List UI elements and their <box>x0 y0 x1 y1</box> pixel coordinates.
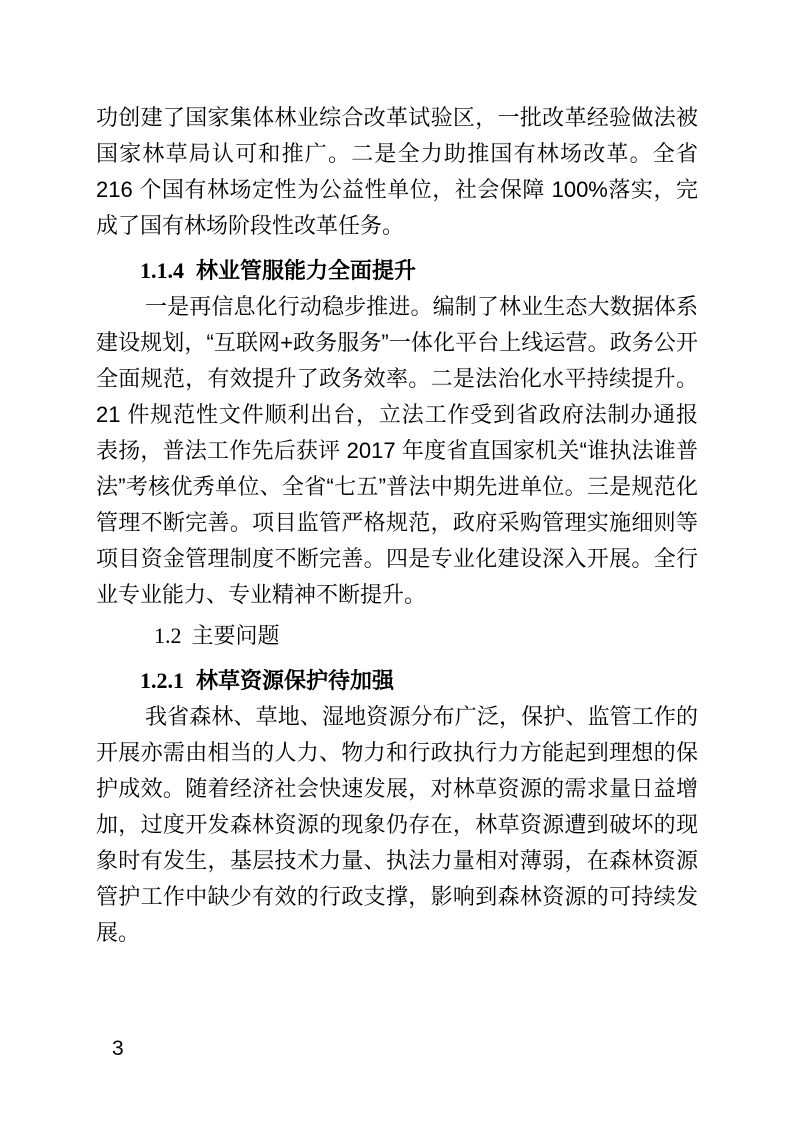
document-body: 功创建了国家集体林业综合改革试验区，一批改革经验做法被国家林草局认可和推广。二是… <box>96 100 698 951</box>
section-heading-1-2: 1.2主要问题 <box>96 618 698 654</box>
paragraph-continuation: 功创建了国家集体林业综合改革试验区，一批改革经验做法被国家林草局认可和推广。二是… <box>96 100 698 244</box>
paragraph-section-1-2-1: 我省森林、草地、湿地资源分布广泛，保护、监管工作的开展亦需由相当的人力、物力和行… <box>96 699 698 951</box>
page-number: 3 <box>112 1036 124 1062</box>
section-number: 1.2.1 <box>140 668 184 693</box>
section-title: 主要问题 <box>192 623 280 648</box>
section-heading-1-2-1: 1.2.1林草资源保护待加强 <box>96 663 698 699</box>
section-number: 1.1.4 <box>140 258 184 283</box>
section-title: 林草资源保护待加强 <box>196 668 394 693</box>
paragraph-section-1-1-4: 一是再信息化行动稳步推进。编制了林业生态大数据体系建设规划，“互联网+政务服务”… <box>96 289 698 613</box>
section-title: 林业管服能力全面提升 <box>196 258 416 283</box>
document-page: 功创建了国家集体林业综合改革试验区，一批改革经验做法被国家林草局认可和推广。二是… <box>0 0 793 1122</box>
section-heading-1-1-4: 1.1.4林业管服能力全面提升 <box>96 253 698 289</box>
section-number: 1.2 <box>154 623 182 648</box>
